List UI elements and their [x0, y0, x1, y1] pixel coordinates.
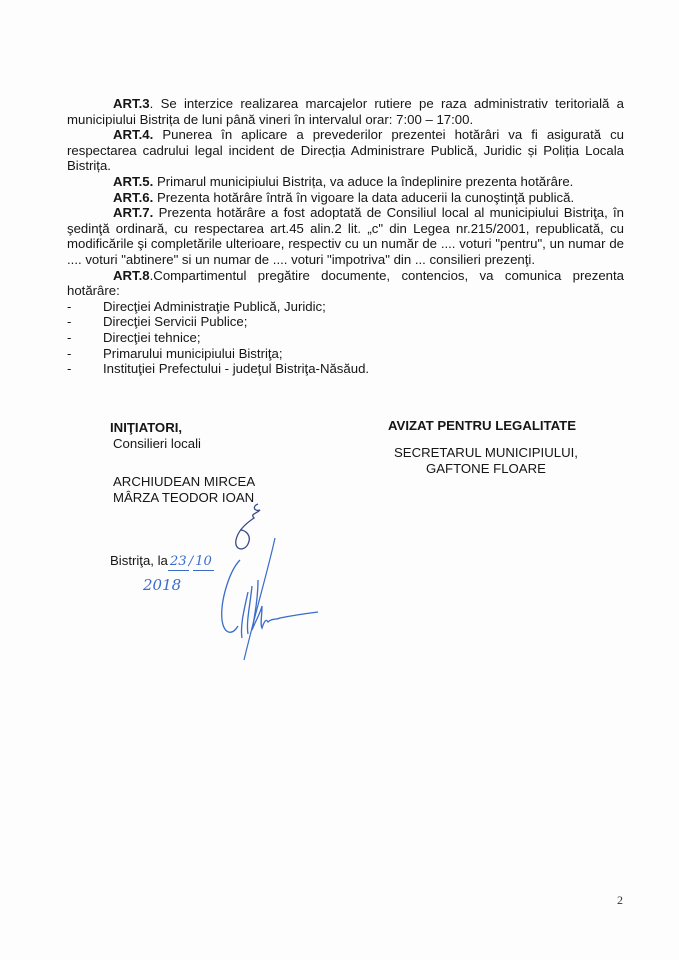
article-5: ART.5. Primarul municipiului Bistrița, v… [67, 174, 624, 190]
date-day: 23 [168, 554, 189, 571]
document-page: ART.3. Se interzice realizarea marcajelo… [0, 0, 679, 960]
bullet-dash: - [67, 330, 71, 346]
article-label: ART.8 [113, 268, 150, 283]
recipients-list: -Direcţiei Administraţie Publică, Juridi… [67, 299, 624, 377]
article-8: ART.8.Compartimentul pregătire documente… [67, 268, 624, 299]
initiators-block: INIŢIATORI, Consilieri locali [110, 420, 201, 451]
list-item: -Direcţiei Servicii Publice; [67, 314, 624, 330]
document-body: ART.3. Se interzice realizarea marcajelo… [67, 96, 624, 377]
initiator-name: ARCHIUDEAN MIRCEA [113, 474, 255, 490]
list-item: -Direcţiei tehnice; [67, 330, 624, 346]
article-text: Prezenta hotărâre întră în vigoare la da… [157, 190, 574, 205]
article-3: ART.3. Se interzice realizarea marcajelo… [67, 96, 624, 127]
list-item: -Direcţiei Administraţie Publică, Juridi… [67, 299, 624, 315]
list-item: -Primarului municipiului Bistriţa; [67, 346, 624, 362]
date-line: Bistriţa, la23/10 [110, 553, 214, 571]
initiators-subtitle: Consilieri locali [110, 436, 201, 452]
article-label: ART.5. [113, 174, 153, 189]
bullet-dash: - [67, 314, 71, 330]
date-place: Bistriţa, la [110, 553, 168, 568]
article-label: ART.7. [113, 205, 153, 220]
article-6: ART.6. Prezenta hotărâre întră în vigoar… [67, 190, 624, 206]
page-number: 2 [617, 893, 623, 908]
article-label: ART.4. [113, 127, 153, 142]
initiators-title: INIŢIATORI, [110, 420, 201, 436]
bullet-dash: - [67, 361, 71, 377]
article-label: ART.3 [113, 96, 150, 111]
article-4: ART.4. Punerea în aplicare a prevederilo… [67, 127, 624, 174]
bullet-dash: - [67, 299, 71, 315]
article-text: Primarul municipiului Bistrița, va aduce… [157, 174, 573, 189]
signature-main-icon [210, 530, 320, 670]
article-7: ART.7. Prezenta hotărâre a fost adoptată… [67, 205, 624, 267]
bullet-dash: - [67, 346, 71, 362]
article-label: ART.6. [113, 190, 153, 205]
list-item: -Instituţiei Prefectului - judeţul Bistr… [67, 361, 624, 377]
secretary-role: SECRETARUL MUNICIPIULUI, [394, 445, 578, 461]
date-year: 2018 [143, 576, 181, 594]
secretary-block: SECRETARUL MUNICIPIULUI, GAFTONE FLOARE [394, 445, 578, 476]
article-text: .Compartimentul pregătire documente, con… [67, 268, 624, 299]
secretary-name: GAFTONE FLOARE [394, 461, 578, 477]
legality-approval-title: AVIZAT PENTRU LEGALITATE [388, 418, 576, 434]
